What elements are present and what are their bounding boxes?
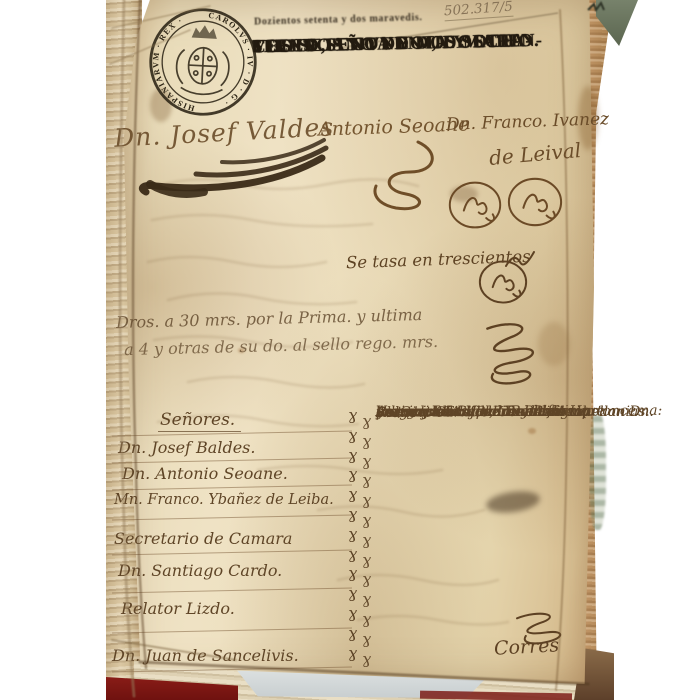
royal-seal: CAROLVS · IV · D · G · HISPANIARVM · REX… bbox=[138, 2, 268, 122]
senores-name: Relator Lizdo. bbox=[121, 599, 235, 618]
backdrop-smudge-right bbox=[589, 412, 606, 530]
oval-monogram-rubrica bbox=[506, 172, 564, 232]
red-cloth-center bbox=[420, 691, 572, 700]
spiral-rubrica bbox=[476, 316, 542, 394]
oval-monogram-rubrica bbox=[447, 178, 503, 232]
seal-coat-of-arms bbox=[175, 26, 231, 96]
senores-name: Dn. Juan de Sancelivis. bbox=[112, 646, 299, 665]
line-filler-column: ɣ ɣ ɣ ɣ ɣ ɣ ɣ ɣ ɣ ɣ ɣ ɣ ɣ bbox=[348, 406, 357, 663]
seal-legend-bottom: HISPANIARVM · REX · bbox=[149, 14, 201, 113]
senores-name: Mn. Franco. Ybañez de Leiba. bbox=[114, 492, 334, 508]
rubrica-flourish-seoane bbox=[332, 138, 447, 216]
line-filler-column: ɣ ɣ ɣ ɣ ɣ ɣ ɣ ɣ ɣ ɣ ɣ ɣ ɣ bbox=[362, 412, 371, 669]
oval-monogram-rubrica bbox=[476, 258, 530, 306]
senores-name: Dn. Santiago Cardo. bbox=[118, 561, 282, 580]
spiral-rubrica-closing bbox=[508, 606, 570, 650]
senores-name: Dn. Josef Baldes. bbox=[118, 438, 255, 457]
rubrica-flourish-valdes bbox=[126, 134, 336, 204]
body-line: y otras cosas. bbox=[376, 404, 473, 428]
senores-name: Dn. Antonio Seoane. bbox=[122, 464, 288, 483]
manuscript-photo: 502.317/5 Dozientos setenta y dos marave… bbox=[0, 0, 700, 700]
senores-title: Señores. bbox=[158, 410, 241, 432]
senores-name: Secretario de Camara bbox=[114, 529, 292, 548]
